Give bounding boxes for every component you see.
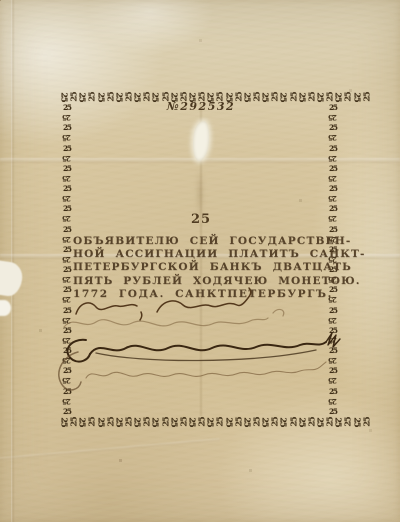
border-glyph: 25 (179, 417, 187, 426)
border-glyph: 25 (298, 417, 306, 426)
border-glyph: 25 (63, 185, 71, 192)
border-glyph: 25 (63, 195, 71, 202)
border-glyph: 25 (289, 417, 297, 426)
banknote-paper: 2525252525252525252525252525252525252525… (0, 0, 400, 522)
border-glyph: 25 (63, 266, 71, 273)
border-glyph: 25 (63, 114, 71, 121)
denomination-numeral: 25 (60, 212, 342, 227)
border-glyph: 25 (329, 185, 337, 192)
border-glyph: 25 (63, 124, 71, 131)
border-glyph: 25 (307, 417, 315, 426)
border-glyph: 25 (329, 327, 337, 334)
border-glyph: 25 (63, 165, 71, 172)
crease-diagonal-bottom (0, 438, 220, 461)
border-glyph: 25 (243, 417, 251, 426)
assignat-text-line-3: ПЕТЕРБУРГСКОЙ БАНКЪ ДВАТЦАТЬ (73, 261, 331, 273)
border-glyph: 25 (329, 367, 337, 374)
border-glyph: 25 (63, 145, 71, 152)
border-glyph: 25 (63, 296, 71, 303)
border-glyph: 25 (63, 134, 71, 141)
border-glyph: 25 (189, 417, 197, 426)
border-glyph: 25 (329, 347, 337, 354)
border-glyph: 25 (280, 417, 288, 426)
border-glyph: 25 (63, 286, 71, 293)
border-glyph: 25 (329, 155, 337, 162)
border-glyph: 25 (329, 195, 337, 202)
assignat-text-line-4: ПЯТЬ РУБЛЕЙ ХОДЯЧЕЮ МОНЕТОЮ. (73, 275, 331, 287)
border-glyph: 25 (63, 307, 71, 314)
border-glyph: 25 (63, 256, 71, 263)
border-glyph: 25 (63, 246, 71, 253)
border-glyph: 25 (115, 417, 123, 426)
torn-edge-left-small (0, 300, 11, 316)
border-glyph: 25 (329, 307, 337, 314)
border-glyph: 25 (329, 124, 337, 131)
signature-2 (64, 309, 284, 327)
assignat-text-line-2: НОЙ АССИГНАЦИИ ПЛАТИТЪ САНКТ- (73, 248, 331, 260)
border-glyph: 25 (353, 417, 361, 426)
signature-4 (59, 352, 326, 390)
border-glyph: 25 (253, 417, 261, 426)
border-glyph: 25 (326, 417, 334, 426)
border-glyph: 25 (329, 175, 337, 182)
border-glyph: 25 (63, 337, 71, 344)
border-glyph: 25 (63, 408, 71, 415)
border-glyph: 25 (344, 417, 352, 426)
border-glyph: 25 (329, 408, 337, 415)
border-glyph: 25 (88, 417, 96, 426)
border-glyph: 25 (63, 377, 71, 384)
border-glyph: 25 (353, 92, 361, 101)
border-glyph: 25 (63, 347, 71, 354)
border-glyph: 25 (97, 417, 105, 426)
border-glyph: 25 (329, 337, 337, 344)
border-left: 2525252525252525252525252525252525252525… (61, 104, 73, 415)
signature-3 (67, 333, 340, 362)
border-glyph: 25 (234, 417, 242, 426)
border-glyph: 25 (262, 417, 270, 426)
border-glyph: 25 (329, 357, 337, 364)
crease-vertical-left (11, 0, 15, 522)
assignat-text-line-1: ОБЪЯВИТЕЛЮ СЕЙ ГОСУДАРСТВЕН- (73, 235, 331, 247)
border-glyph: 25 (63, 327, 71, 334)
border-glyph: 25 (216, 417, 224, 426)
border-glyph: 25 (63, 155, 71, 162)
border-glyph: 25 (61, 417, 69, 426)
serial-number: №292532 (60, 100, 342, 113)
border-bottom: 2525252525252525252525252525252525252525… (60, 416, 342, 428)
border-glyph: 25 (152, 417, 160, 426)
border-glyph: 25 (161, 417, 169, 426)
border-glyph: 25 (170, 417, 178, 426)
border-glyph: 25 (198, 417, 206, 426)
border-glyph: 25 (63, 388, 71, 395)
border-glyph: 25 (362, 92, 370, 101)
border-glyph: 25 (63, 175, 71, 182)
paper-speckles (0, 0, 1, 1)
border-glyph: 25 (125, 417, 133, 426)
border-glyph: 25 (63, 236, 71, 243)
border-glyph: 25 (63, 398, 71, 405)
assignat-text-line-5: 1772 ГОДА. САНКТПЕТЕРБУРГЪ. (73, 288, 331, 300)
border-glyph: 25 (63, 276, 71, 283)
border-glyph: 25 (329, 145, 337, 152)
border-glyph: 25 (329, 317, 337, 324)
paper-hole (191, 120, 211, 161)
border-glyph: 25 (329, 165, 337, 172)
border-glyph: 25 (106, 417, 114, 426)
border-glyph: 25 (329, 114, 337, 121)
border-glyph: 25 (63, 367, 71, 374)
border-glyph: 25 (362, 417, 370, 426)
border-glyph: 25 (344, 92, 352, 101)
border-glyph: 25 (329, 388, 337, 395)
torn-edge-left (0, 260, 24, 297)
border-glyph: 25 (329, 134, 337, 141)
border-glyph: 25 (329, 377, 337, 384)
border-glyph: 25 (63, 357, 71, 364)
border-glyph: 25 (134, 417, 142, 426)
border-glyph: 25 (225, 417, 233, 426)
border-glyph: 25 (329, 398, 337, 405)
border-glyph: 25 (317, 417, 325, 426)
border-glyph: 25 (70, 417, 78, 426)
border-glyph: 25 (63, 317, 71, 324)
